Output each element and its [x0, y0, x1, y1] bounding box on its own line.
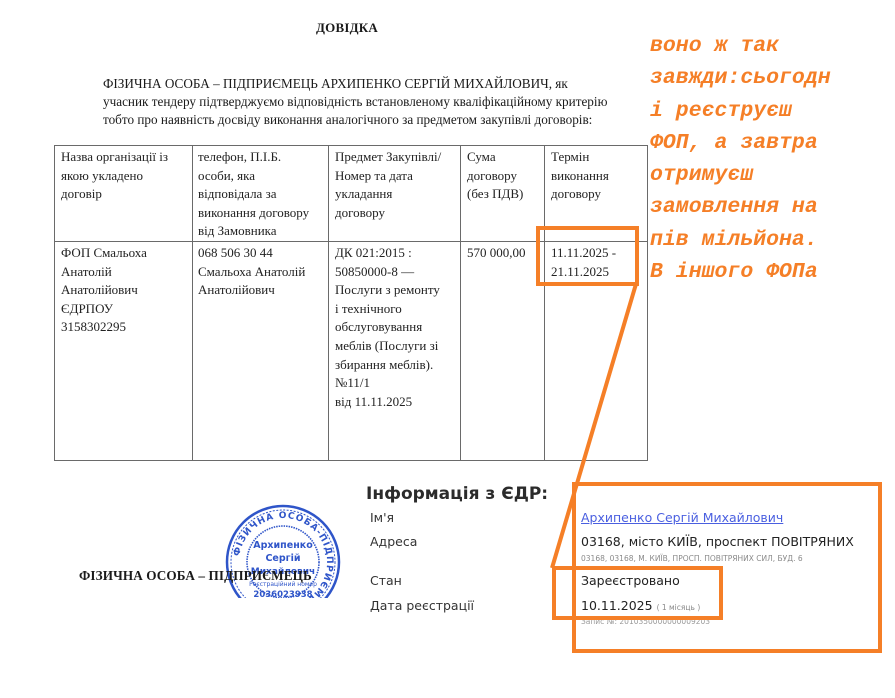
- edr-name-link[interactable]: Архипенко Сергій Михайлович: [581, 510, 783, 525]
- cell-organization: ФОП Смальоха Анатолій Анатолійович ЄДРПО…: [61, 244, 189, 337]
- column-divider: [460, 146, 461, 460]
- experience-table: Назва організації із якою укладено догов…: [54, 145, 648, 461]
- stamp-name-2: Сергій: [265, 553, 300, 564]
- header-organization: Назва організації із якою укладено догов…: [61, 148, 189, 204]
- edr-label-status: Стан: [370, 573, 402, 588]
- header-sum: Сума договору (без ПДВ): [467, 148, 543, 204]
- edr-title: Інформація з ЄДР:: [366, 484, 548, 504]
- edr-label-address: Адреса: [370, 534, 417, 549]
- column-divider: [192, 146, 193, 460]
- annotation-text: воно ж так завжди:сьогодн і реєструєш ФО…: [650, 30, 895, 288]
- cell-subject: ДК 021:2015 : 50850000-8 — Послуги з рем…: [335, 244, 459, 411]
- edr-reg-age: ( 1 місяць ): [657, 603, 701, 612]
- signature-entity: ФІЗИЧНА ОСОБА – ПІДПРИЄМЕЦЬ: [79, 568, 312, 584]
- edr-status: Зареєстровано: [581, 573, 680, 588]
- stamp-name-1: Архипенко: [253, 540, 313, 551]
- column-divider: [328, 146, 329, 460]
- crop-mask: [0, 598, 560, 698]
- edr-label-name: Ім'я: [370, 510, 394, 525]
- edr-address-detail: 03168, 03168, М. КИЇВ, ПРОСП. ПОВІТРЯНИХ…: [581, 554, 803, 563]
- cell-term: 11.11.2025 - 21.11.2025: [551, 244, 645, 281]
- row-divider: [55, 241, 647, 242]
- edr-reg-date: 10.11.2025: [581, 598, 653, 613]
- edr-reg-date-row: 10.11.2025 ( 1 місяць ): [581, 598, 700, 613]
- intro-paragraph: ФІЗИЧНА ОСОБА – ПІДПРИЄМЕЦЬ АРХИПЕНКО СЕ…: [103, 75, 623, 129]
- edr-label-reg-date: Дата реєстрації: [370, 598, 474, 613]
- intro-rest: учасник тендеру підтверджуємо відповідні…: [103, 94, 607, 127]
- header-contact: телефон, П.І.Б. особи, яка відповідала з…: [198, 148, 326, 241]
- column-divider: [544, 146, 545, 460]
- cell-sum: 570 000,00: [467, 244, 543, 263]
- document-title: ДОВІДКА: [316, 20, 378, 36]
- header-subject: Предмет Закупівлі/ Номер та дата укладан…: [335, 148, 459, 222]
- edr-address: 03168, місто КИЇВ, проспект ПОВІТРЯНИХ: [581, 534, 854, 549]
- cell-contact: 068 506 30 44 Смальоха Анатолій Анатолій…: [198, 244, 326, 300]
- header-term: Термін виконання договору: [551, 148, 645, 204]
- edr-record-number: Запис №: 2010350000000009203: [581, 617, 710, 626]
- intro-first-line: ФІЗИЧНА ОСОБА – ПІДПРИЄМЕЦЬ АРХИПЕНКО СЕ…: [103, 75, 623, 93]
